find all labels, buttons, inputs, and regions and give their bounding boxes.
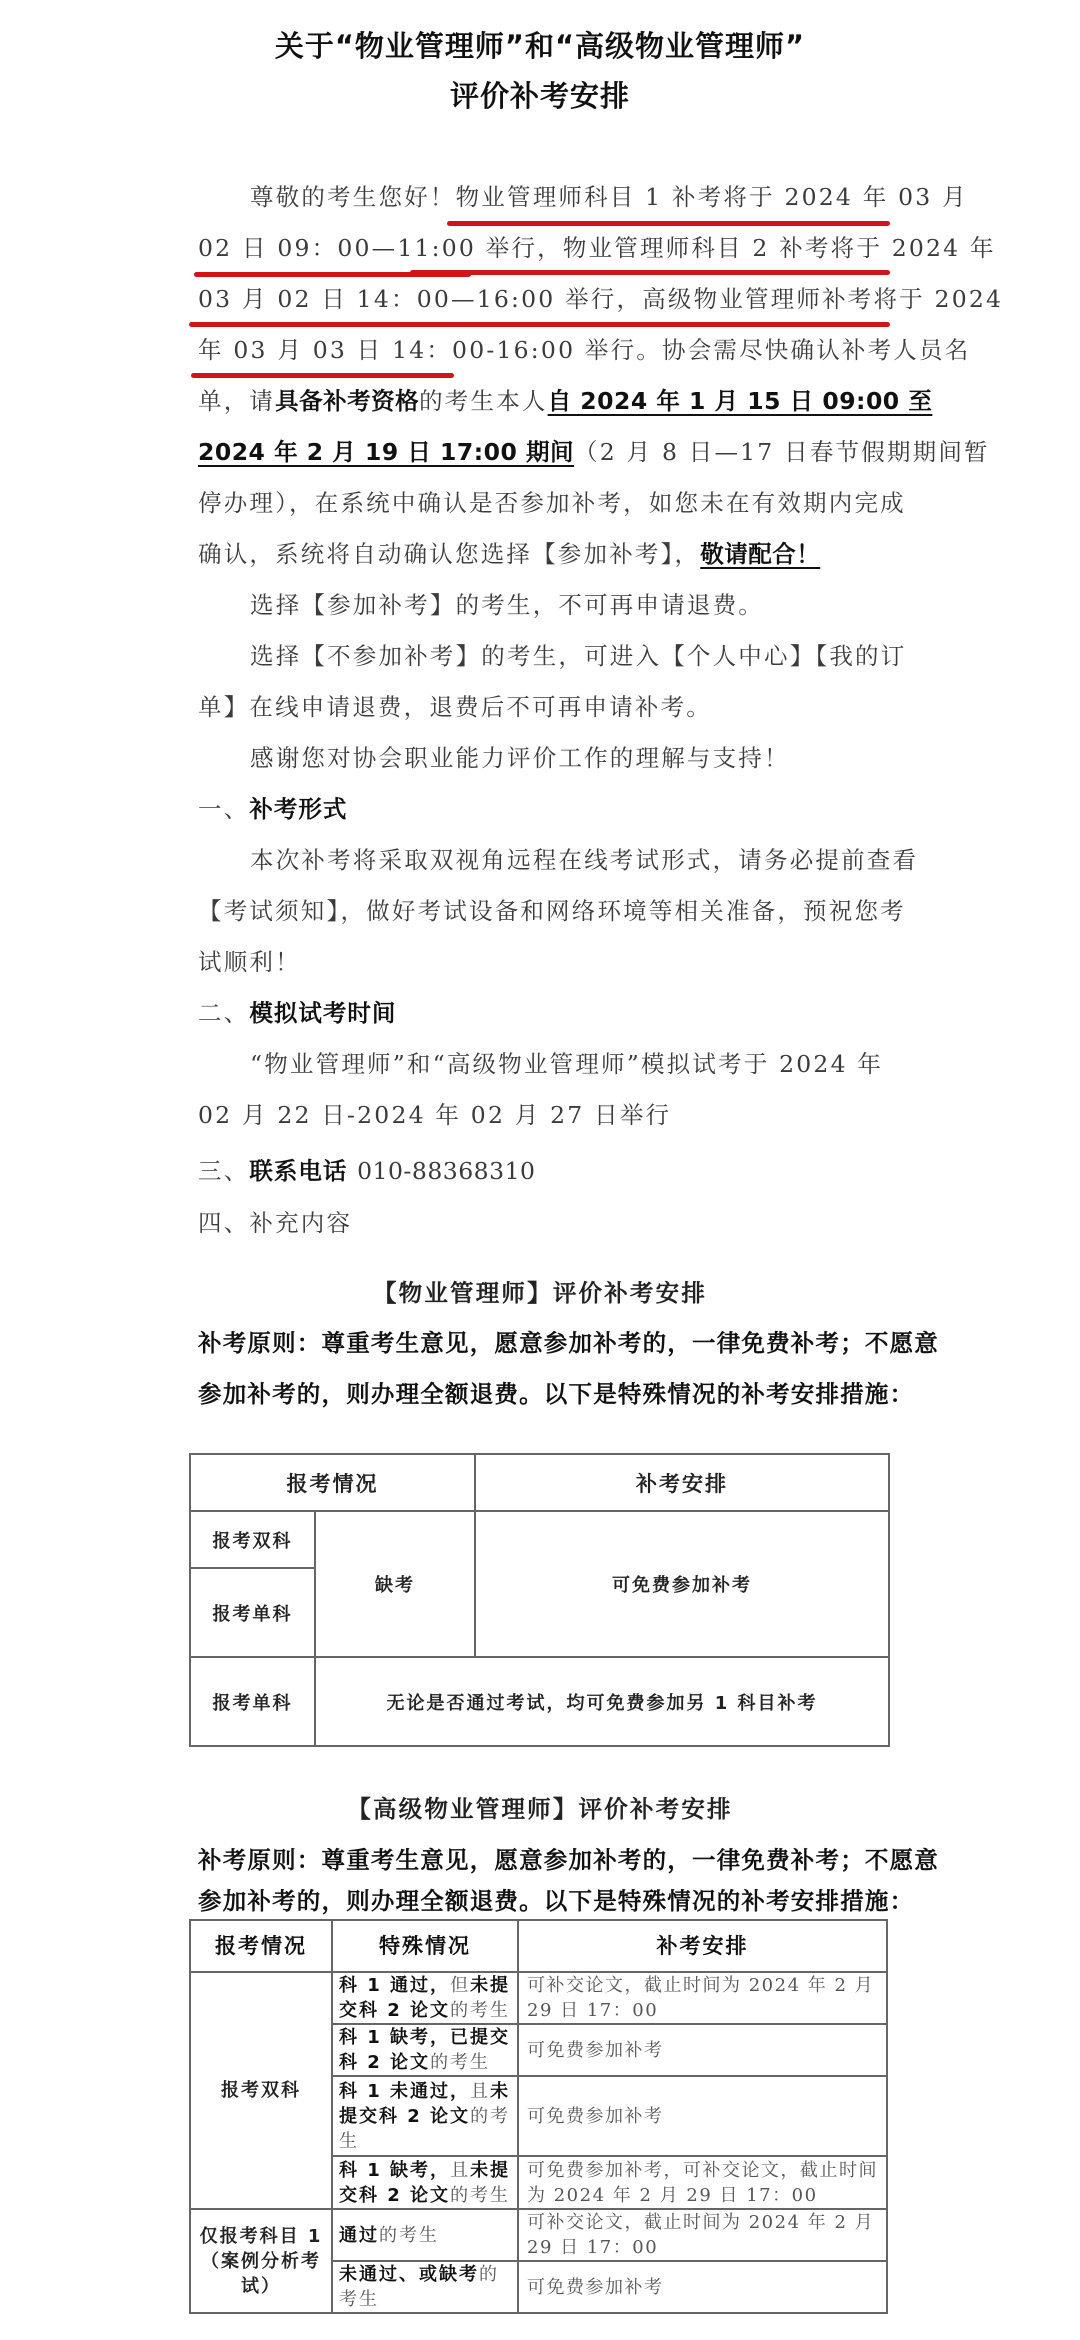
intro-line-6: 2024 年 2 月 19 日 17:00 期间（2 月 8 日—17 日春节假… xyxy=(198,427,890,478)
highlight-subject2-date: 物业管理师科目 2 补考将于 2024 年 xyxy=(563,234,996,262)
paragraph-not-join-2: 单】在线申请退费，退费后不可再申请补考。 xyxy=(198,682,890,733)
table2-special-cell: 通过的考生 xyxy=(332,2209,518,2261)
table2-header-arrangement: 补考安排 xyxy=(518,1920,887,1972)
plain-text: 且 xyxy=(470,2081,490,2102)
table2-special-cell: 科 1 缺考，已提交科 2 论文的考生 xyxy=(332,2024,518,2076)
intro-text: 的考生本人 xyxy=(419,387,548,415)
highlight-subject2-time: 03 月 02 日 14：00—16:00 举行 xyxy=(198,285,616,313)
comma: ， xyxy=(616,285,642,313)
section-2-heading: 二、模拟试考时间 xyxy=(198,988,890,1039)
table2-arrangement-cell: 可免费参加补考 xyxy=(518,2024,887,2076)
intro-line-1: 尊敬的考生您好！物业管理师科目 1 补考将于 2024 年 03 月 xyxy=(250,172,890,223)
section-number: 二、 xyxy=(198,999,249,1027)
paragraph-thanks: 感谢您对协会职业能力评价工作的理解与支持！ xyxy=(250,733,890,784)
comma: ， xyxy=(537,234,563,262)
table2-arrangement-cell: 可补交论文，截止时间为 2024 年 2 月 29 日 17：00 xyxy=(518,2209,887,2261)
table1-cell-single-arrangement: 无论是否通过考试，均可免费参加另 1 科目补考 xyxy=(315,1657,889,1746)
table2-caption: 【高级物业管理师】评价补考安排 xyxy=(180,1784,900,1835)
table2-group-dual: 报考双科 xyxy=(190,1972,332,2209)
table1-cell-absent-arrangement: 可免费参加补考 xyxy=(475,1511,889,1657)
plain-text: 且 xyxy=(450,2160,470,2181)
plain-text: 但 xyxy=(450,1975,470,1996)
table1-cell-dual: 报考双科 xyxy=(190,1511,315,1568)
table1-cell-single: 报考单科 xyxy=(190,1568,315,1657)
intro-line-3: 03 月 02 日 14：00—16:00 举行，高级物业管理师补考将于 202… xyxy=(198,274,890,325)
section-title: 联系电话 xyxy=(249,1157,347,1185)
paragraph-not-join-1: 选择【不参加补考】的考生，可进入【个人中心】【我的订 xyxy=(250,631,890,682)
confirm-period-end: 2024 年 2 月 19 日 17:00 期间 xyxy=(198,438,574,466)
table2-arrangement-cell: 可免费参加补考，可补交论文，截止时间为 2024 年 2 月 29 日 17：0… xyxy=(518,2156,887,2209)
table2-special-cell: 科 1 通过，但未提交科 2 论文的考生 xyxy=(332,1972,518,2024)
bold-text: 未通过、或缺考 xyxy=(339,2264,479,2285)
intro-line-2: 02 日 09：00—11:00 举行，物业管理师科目 2 补考将于 2024 … xyxy=(198,223,890,274)
table2: 报考情况 特殊情况 补考安排 报考双科 科 1 通过，但未提交科 2 论文的考生… xyxy=(189,1919,888,2314)
highlight-subject1-time: 02 日 09：00—11:00 举行 xyxy=(198,234,537,262)
table1: 报考情况 补考安排 报考双科 缺考 可免费参加补考 报考单科 报考单科 无论是否… xyxy=(189,1453,890,1747)
confirm-period-start: 自 2024 年 1 月 15 日 09:00 至 xyxy=(548,387,933,415)
paragraph-join-retest: 选择【参加补考】的考生，不可再申请退费。 xyxy=(250,580,890,631)
section-1-line-3: 试顺利！ xyxy=(198,937,890,988)
document-title-line2: 评价补考安排 xyxy=(0,74,1080,115)
table2-header-special: 特殊情况 xyxy=(332,1920,518,1972)
intro-text: （2 月 8 日—17 日春节假期期间暂 xyxy=(574,438,990,466)
please-cooperate: 敬请配合！ xyxy=(700,540,820,568)
table1-cell-absent: 缺考 xyxy=(315,1511,475,1657)
section-2-line-2: 02 月 22 日-2024 年 02 月 27 日举行 xyxy=(198,1090,890,1141)
bold-text: 通过 xyxy=(339,2225,379,2246)
intro-text: 确认，系统将自动确认您选择【参加补考】， xyxy=(198,540,700,568)
intro-line-8: 确认，系统将自动确认您选择【参加补考】，敬请配合！ xyxy=(198,529,890,580)
section-1-line-1: 本次补考将采取双视角远程在线考试形式，请务必提前查看 xyxy=(250,835,890,886)
section-3-heading: 三、联系电话 010-88368310 xyxy=(198,1146,890,1197)
section-title: 模拟试考时间 xyxy=(249,999,396,1027)
section-number: 三、 xyxy=(198,1157,249,1185)
bold-text: 科 1 缺考， xyxy=(339,2160,450,2181)
plain-text: 的考生 xyxy=(450,2000,510,2021)
highlight-senior-date: 高级物业管理师补考将于 2024 xyxy=(642,285,1003,313)
plain-text: 的考生 xyxy=(450,2185,510,2206)
section-4-heading: 四、补充内容 xyxy=(198,1198,890,1249)
bold-text: 科 1 通过， xyxy=(339,1975,450,1996)
section-number: 一、 xyxy=(198,795,249,823)
table2-special-cell: 科 1 缺考，且未提交科 2 论文的考生 xyxy=(332,2156,518,2209)
contact-phone: 010-88368310 xyxy=(357,1157,535,1185)
table1-caption: 【物业管理师】评价补考安排 xyxy=(180,1268,900,1319)
intro-text: 单，请 xyxy=(198,387,275,415)
section-1-line-2: 【考试须知】，做好考试设备和网络环境等相关准备，预祝您考 xyxy=(198,886,890,937)
table2-arrangement-cell: 可免费参加补考 xyxy=(518,2261,887,2313)
highlight-senior-time: 年 03 月 03 日 14：00-16:00 举行 xyxy=(198,336,636,364)
intro-text: 。协会需尽快确认补考人员名 xyxy=(636,336,970,364)
intro-line-7: 停办理），在系统中确认是否参加补考，如您未在有效期内完成 xyxy=(198,478,890,529)
table1-header-arrangement: 补考安排 xyxy=(475,1454,889,1511)
section-2-line-1: “物业管理师”和“高级物业管理师”模拟试考于 2024 年 xyxy=(250,1039,890,1090)
intro-line-5: 单，请具备补考资格的考生本人自 2024 年 1 月 15 日 09:00 至 xyxy=(198,376,890,427)
table2-group-subject1-only: 仅报考科目 1（案例分析考试） xyxy=(190,2209,332,2313)
table2-special-cell: 未通过、或缺考的考生 xyxy=(332,2261,518,2313)
greeting: 尊敬的考生您好！ xyxy=(250,183,456,211)
intro-line-4: 年 03 月 03 日 14：00-16:00 举行。协会需尽快确认补考人员名 xyxy=(198,325,890,376)
table2-header-status: 报考情况 xyxy=(190,1920,332,1972)
table2-arrangement-cell: 可补交论文，截止时间为 2024 年 2 月 29 日 17：00 xyxy=(518,1972,887,2024)
plain-text: 的考生 xyxy=(430,2052,490,2073)
table1-cell-single-2: 报考单科 xyxy=(190,1657,315,1746)
table2-arrangement-cell: 可免费参加补考 xyxy=(518,2076,887,2156)
section-title: 补考形式 xyxy=(249,795,347,823)
table1-principle-2: 参加补考的，则办理全额退费。以下是特殊情况的补考安排措施： xyxy=(198,1369,890,1420)
plain-text: 的考生 xyxy=(379,2225,439,2246)
highlight-subject1-date: 物业管理师科目 1 补考将于 2024 年 03 月 xyxy=(456,183,968,211)
document-title-line1: 关于“物业管理师”和“高级物业管理师” xyxy=(0,24,1080,65)
bold-text: 科 1 未通过， xyxy=(339,2081,470,2102)
section-1-heading: 一、补考形式 xyxy=(198,784,890,835)
bold-eligibility: 具备补考资格 xyxy=(275,387,419,415)
table2-special-cell: 科 1 未通过，且未提交科 2 论文的考生 xyxy=(332,2076,518,2156)
section-title: 补充内容 xyxy=(249,1209,352,1237)
table1-principle-1: 补考原则：尊重考生意见，愿意参加补考的，一律免费补考；不愿意 xyxy=(198,1318,890,1369)
table1-header-status: 报考情况 xyxy=(190,1454,475,1511)
section-number: 四、 xyxy=(198,1209,249,1237)
